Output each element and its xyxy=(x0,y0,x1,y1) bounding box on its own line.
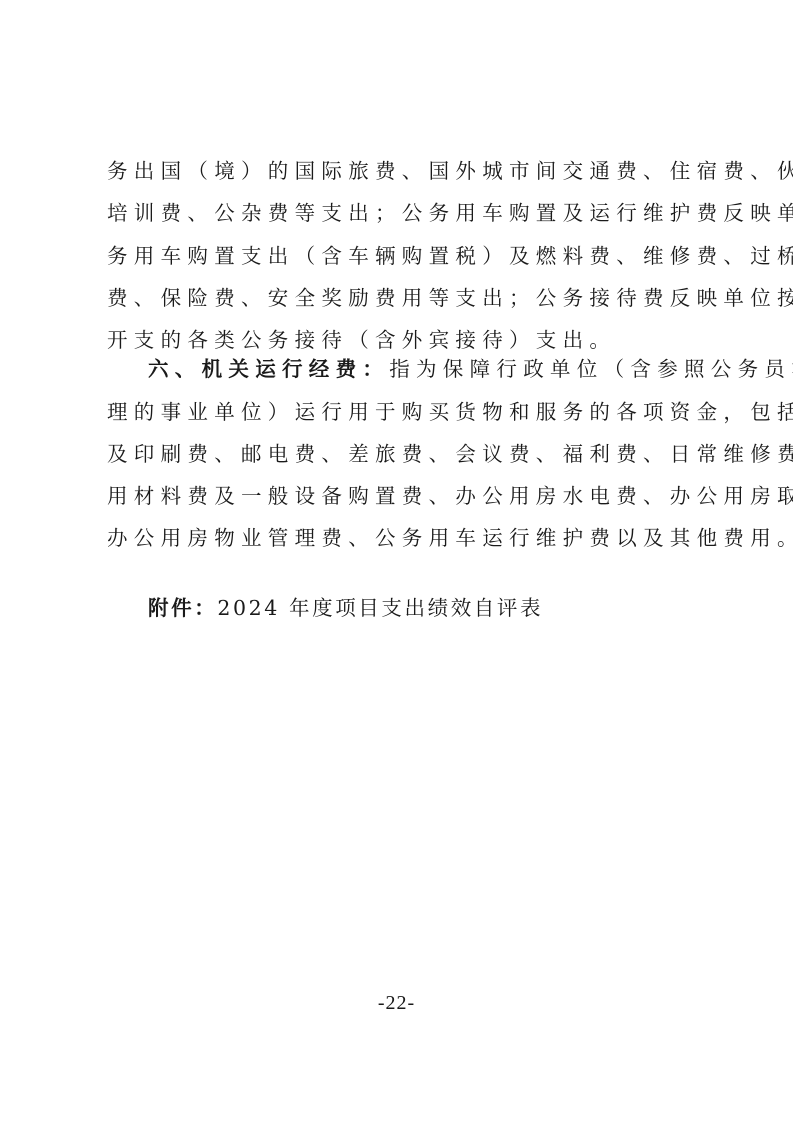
paragraph-1-line-1: 务出国（境）的国际旅费、国外城市间交通费、住宿费、伙食费、 xyxy=(107,156,707,186)
section-heading: 六、机关运行经费： xyxy=(148,357,389,381)
page-number: -22- xyxy=(0,992,793,1015)
attachment-label: 附件： xyxy=(148,596,217,620)
paragraph-1-line-3: 务用车购置支出（含车辆购置税）及燃料费、维修费、过桥过路 xyxy=(107,241,707,271)
paragraph-2-line-2: 理的事业单位）运行用于购买货物和服务的各项资金，包括办公 xyxy=(107,397,707,427)
attachment-line: 附件：2024 年度项目支出绩效自评表 xyxy=(148,593,748,623)
paragraph-1-line-5: 开支的各类公务接待（含外宾接待）支出。 xyxy=(107,325,707,355)
paragraph-1-line-2: 培训费、公杂费等支出；公务用车购置及运行维护费反映单位公 xyxy=(107,198,707,228)
paragraph-2-line-3: 及印刷费、邮电费、差旅费、会议费、福利费、日常维修费、专 xyxy=(107,439,707,469)
section-heading-text: 指为保障行政单位（含参照公务员法管 xyxy=(389,357,793,381)
paragraph-2-line-4: 用材料费及一般设备购置费、办公用房水电费、办公用房取暖费、 xyxy=(107,481,707,511)
document-page: 务出国（境）的国际旅费、国外城市间交通费、住宿费、伙食费、 培训费、公杂费等支出… xyxy=(0,0,793,1122)
paragraph-1-line-4: 费、保险费、安全奖励费用等支出；公务接待费反映单位按规定 xyxy=(107,283,707,313)
attachment-text: 2024 年度项目支出绩效自评表 xyxy=(217,596,543,620)
paragraph-2-line-5: 办公用房物业管理费、公务用车运行维护费以及其他费用。 xyxy=(107,523,707,553)
paragraph-2-line-1: 六、机关运行经费：指为保障行政单位（含参照公务员法管 xyxy=(148,354,748,384)
